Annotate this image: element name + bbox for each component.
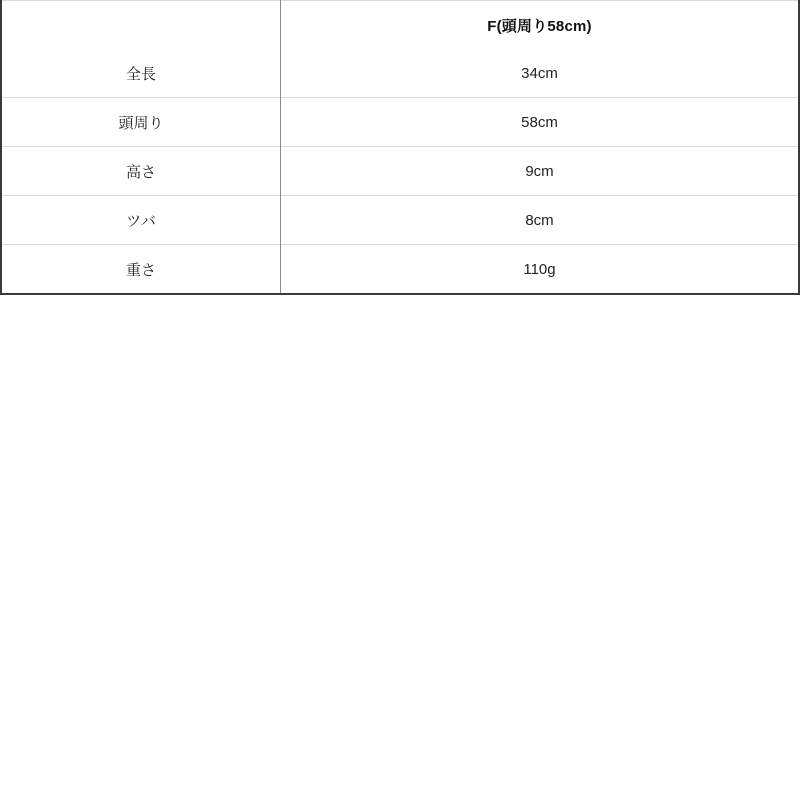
spec-row-value: 8cm <box>281 196 800 245</box>
spec-row-label: 全長 <box>1 49 281 98</box>
size-spec-table-body: 全長 34cm 頭周り 58cm 高さ 9cm ツバ 8cm 重さ 110g <box>1 49 799 294</box>
table-row: 全長 34cm <box>1 49 799 98</box>
table-row: 重さ 110g <box>1 245 799 295</box>
table-row: ツバ 8cm <box>1 196 799 245</box>
spec-row-label: 頭周り <box>1 98 281 147</box>
table-row: 高さ 9cm <box>1 147 799 196</box>
table-header-row: F(頭周り58cm) <box>1 1 799 50</box>
size-spec-table-header: F(頭周り58cm) <box>1 1 799 50</box>
corner-cell <box>1 1 281 50</box>
spec-row-value: 34cm <box>281 49 800 98</box>
spec-row-label: ツバ <box>1 196 281 245</box>
size-spec-table: F(頭周り58cm) 全長 34cm 頭周り 58cm 高さ 9cm ツバ 8c… <box>0 0 800 295</box>
spec-row-label: 重さ <box>1 245 281 295</box>
spec-row-label: 高さ <box>1 147 281 196</box>
table-row: 頭周り 58cm <box>1 98 799 147</box>
spec-row-value: 110g <box>281 245 800 295</box>
spec-row-value: 9cm <box>281 147 800 196</box>
spec-row-value: 58cm <box>281 98 800 147</box>
size-column-header: F(頭周り58cm) <box>281 1 800 50</box>
